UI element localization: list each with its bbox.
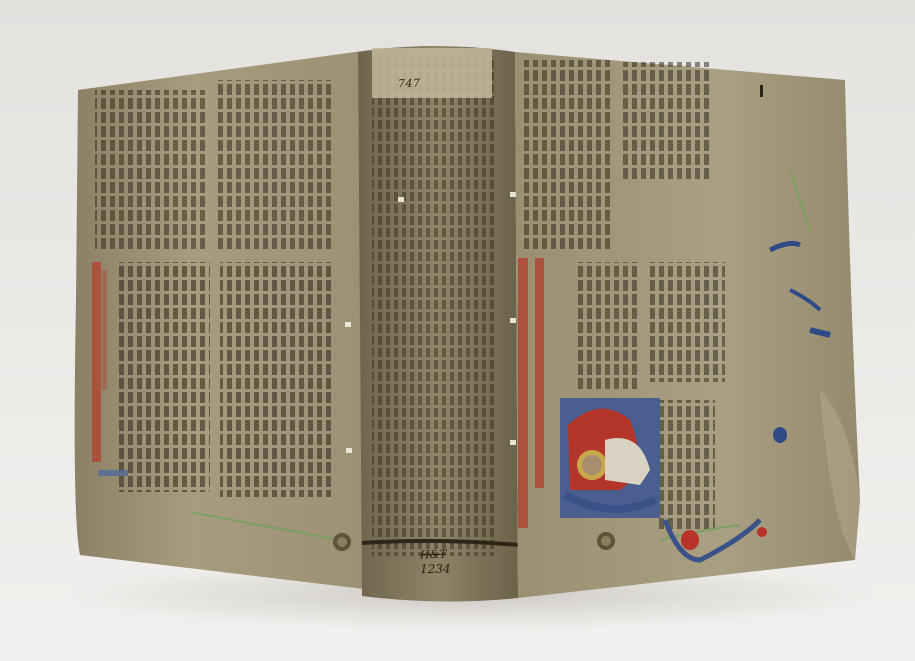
photo-scene: 747 H&T 1234 <box>0 0 915 661</box>
spine-shelf-number: 1234 <box>420 562 451 577</box>
book-illustration <box>0 0 915 661</box>
spine-label <box>372 48 492 98</box>
spine-struck-mark: H&T <box>420 548 447 562</box>
illuminated-initial <box>560 398 660 518</box>
spine-label-number: 747 <box>398 77 421 91</box>
